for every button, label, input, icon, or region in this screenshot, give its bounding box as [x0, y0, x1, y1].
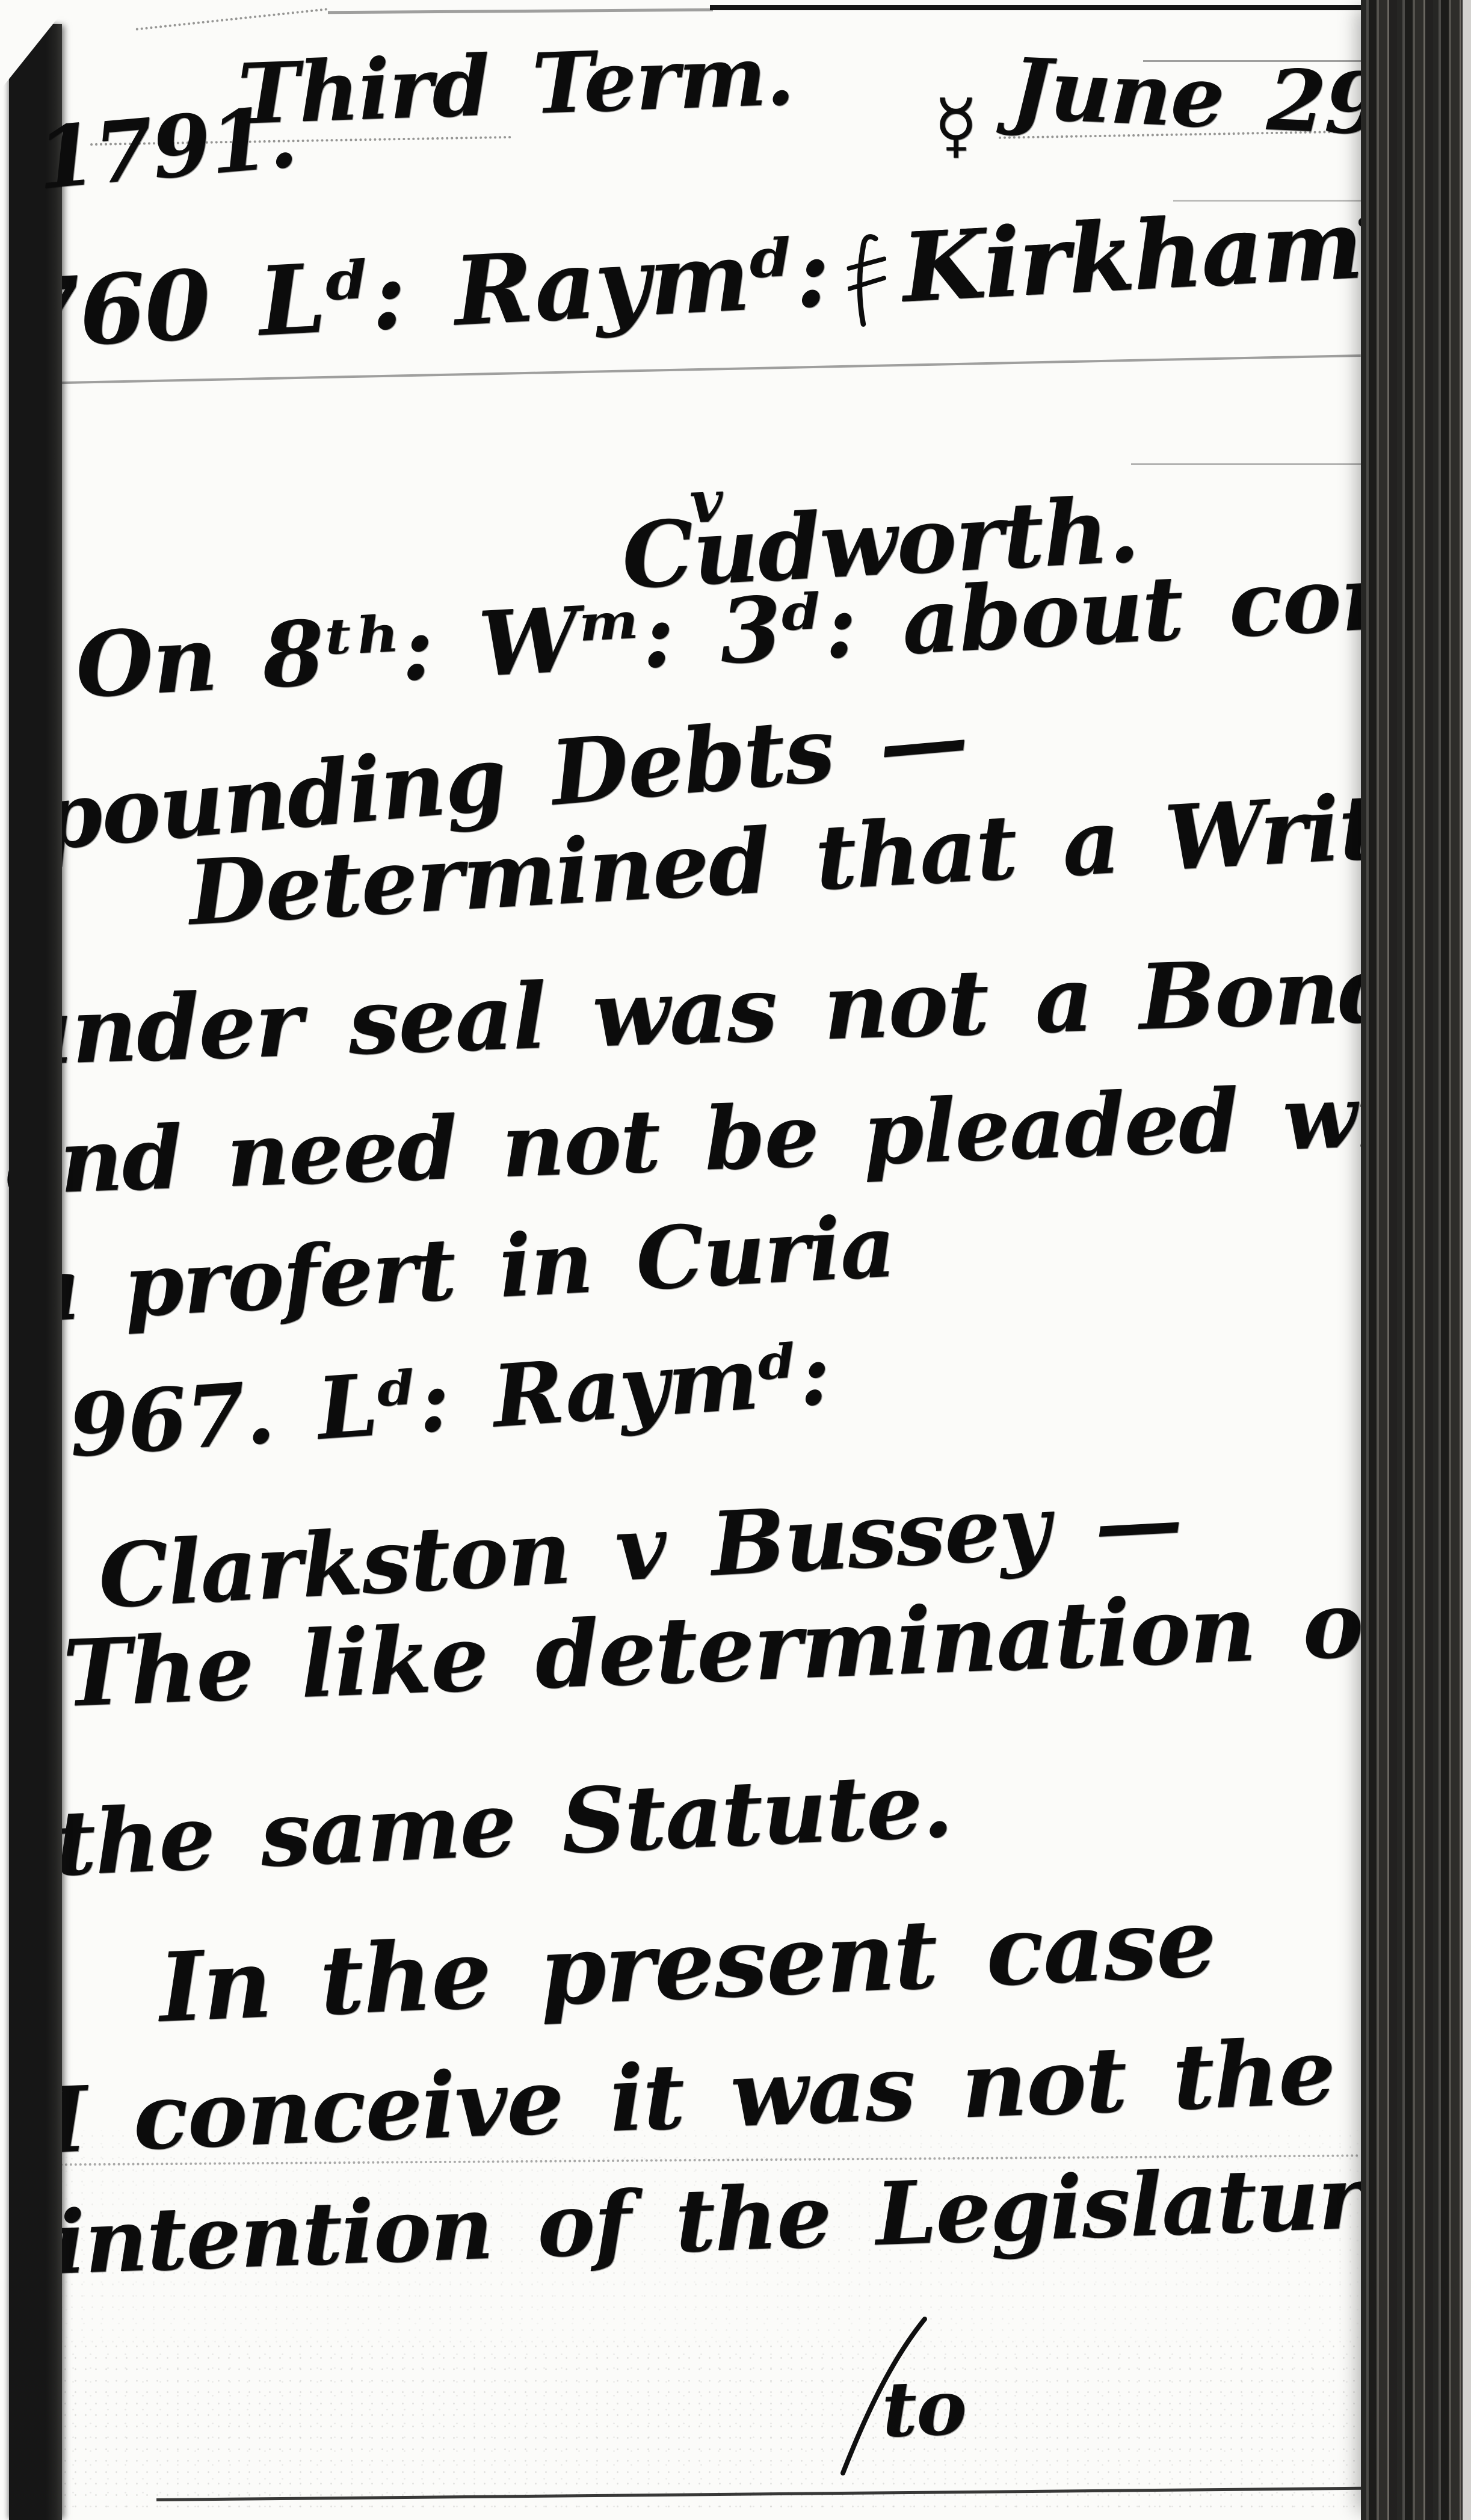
top-edge-line	[328, 8, 713, 14]
book-binding-edge	[1361, 0, 1471, 2520]
cancelled-mark-icon	[845, 232, 890, 330]
citation: 760 Lᵈ: Raymᵈ:	[12, 225, 831, 363]
catchword-flourish	[833, 2315, 936, 2478]
entry1-line-4: under seal was not a Bond,	[5, 943, 1432, 1078]
binding-highlight	[1463, 0, 1471, 2520]
term-label: Third Term.	[236, 34, 795, 136]
top-edge-line	[710, 5, 1361, 10]
entry2-line-2: the same Statute.	[53, 1760, 954, 1888]
entry1-line-6: a profert in Curia	[23, 1204, 897, 1335]
plaintiff-name: Kirkham	[900, 197, 1364, 317]
ruled-line	[1143, 60, 1361, 62]
case-heading: 760 Lᵈ: Raymᵈ: Kirkham	[12, 197, 1364, 363]
entry2-line-3: In the present case	[157, 1895, 1217, 2036]
ruled-line	[1173, 200, 1361, 202]
manuscript-page: 1791. Third Term. ☿ June 29. 760 Lᵈ: Ray…	[0, 0, 1471, 2520]
corner-smudge-line	[136, 8, 328, 30]
mercury-icon: ☿	[934, 90, 977, 162]
left-page-edge	[9, 24, 62, 2520]
top-left-corner	[0, 0, 72, 90]
entry1-line-5: and need not be pleaded with	[3, 1069, 1471, 1207]
year-label: 1791.	[34, 95, 300, 202]
citation: 967. Lᵈ: Raymᵈ:	[66, 1331, 833, 1469]
ruled-line	[1131, 463, 1361, 465]
